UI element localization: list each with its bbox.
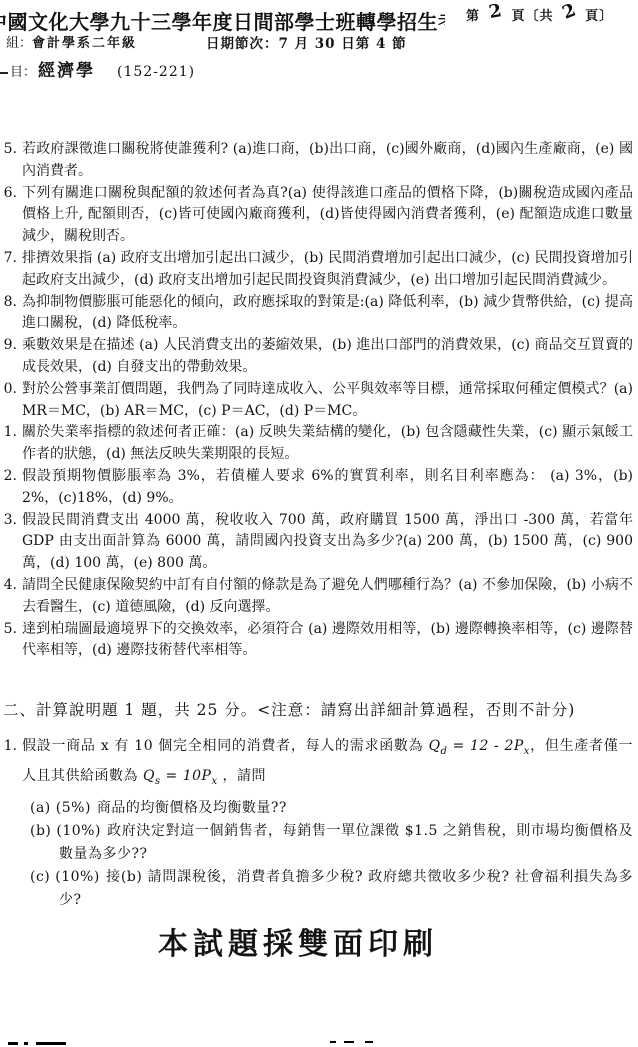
supply-equation: = 10P: [161, 768, 212, 784]
calc-question-intro: 1. 假設一商品 x 有 10 個完全相同的消費者，每人的需求函數為 Qd = …: [3, 734, 633, 794]
part-label: (b): [30, 823, 51, 839]
header-group-row: 組：會計學系二年級 日期節次：7 月 30 日第 4 節: [6, 32, 636, 51]
part-text: 接(b) 請問課稅後，消費者負擔多少稅? 政府總共徵收多少稅? 社會福利損失為多…: [59, 869, 633, 908]
page-label-middle: 頁〔共: [512, 5, 554, 24]
scan-artifact: [330, 1041, 336, 1043]
exam-body: 15. 若政府課徵進口關稅將使誰獲利? (a)進口商，(b)出口商，(c)國外廠…: [3, 139, 633, 963]
intro-text-1: 假設一商品 x 有 10 個完全相同的消費者，每人的需求函數為: [22, 738, 429, 754]
question-text: 乘數效果是在描述 (a) 人民消費支出的萎縮效果，(b) 進出口部門的消費效果，…: [22, 335, 633, 379]
calc-part-c: (c)(10%)接(b) 請問課稅後，消費者負擔多少稅? 政府總共徵收多少稅? …: [3, 866, 633, 912]
part-weight: (10%): [56, 823, 101, 839]
question-text: 對於公營事業訂價問題，我們為了同時達成收入、公平與效率等目標，通常採取何種定價模…: [22, 379, 633, 423]
calc-parts: (a)(5%)商品的均衡價格及均衡數量?? (b)(10%)政府決定對這一個銷售…: [3, 797, 633, 912]
question-text: 為抑制物價膨脹可能惡化的傾向，政府應採取的對策是:(a) 降低利率，(b) 減少…: [22, 292, 633, 336]
clipped-char-fragment: [0, 72, 8, 74]
question-number: 15.: [3, 139, 18, 183]
question-text: 關於失業率指標的敘述何者正確：(a) 反映失業結構的變化，(b) 包含隱藏性失業…: [22, 422, 633, 466]
group-value: 會計學系二年級: [32, 36, 137, 51]
question-number: 19.: [3, 335, 18, 379]
subject-value: 經濟學: [38, 61, 95, 81]
scan-artifact: [24, 1042, 28, 1045]
total-pages-handwritten: 2: [560, 3, 578, 21]
question-text: 達到柏瑞圖最適境界下的交換效率，必須符合 (a) 邊際效用相等，(b) 邊際轉換…: [22, 619, 633, 663]
question-row: 20. 對於公營事業訂價問題，我們為了同時達成收入、公平與效率等目標，通常採取何…: [3, 379, 633, 423]
scan-artifact: [36, 1042, 66, 1045]
exam-title: 中國文化大學九十三學年度日間部學士班轉學招生考試: [0, 6, 445, 34]
supply-var: Q: [143, 768, 155, 784]
question-row: 17. 排擠效果指 (a) 政府支出增加引起出口減少，(b) 民間消費增加引起出…: [3, 248, 633, 292]
question-text: 請問全民健康保險契約中訂有自付額的條款是為了避免人們哪種行為？(a) 不參加保險…: [22, 575, 633, 619]
question-number: 16.: [3, 183, 18, 248]
question-text: 排擠效果指 (a) 政府支出增加引起出口減少，(b) 民間消費增加引起出口減少，…: [22, 248, 633, 292]
question-number: 1.: [3, 734, 18, 794]
header-subject-row: 目：經濟學(152-221): [0, 56, 630, 81]
question-text: 假設民間消費支出 4000 萬，稅收收入 700 萬，政府購買 1500 萬，淨…: [22, 510, 633, 575]
scan-artifact: [8, 1042, 18, 1045]
question-row: 15. 若政府課徵進口關稅將使誰獲利? (a)進口商，(b)出口商，(c)國外廠…: [3, 139, 633, 183]
question-number: 25.: [3, 619, 18, 663]
question-row: 21. 關於失業率指標的敘述何者正確：(a) 反映失業結構的變化，(b) 包含隱…: [3, 422, 633, 466]
question-row: 16. 下列有關進口關稅與配額的敘述何者為真?(a) 使得該進口產品的價格下降，…: [3, 183, 633, 248]
date-session: 日期節次：7 月 30 日第 4 節: [206, 32, 407, 52]
part-text: 商品的均衡價格及均衡數量??: [97, 800, 287, 816]
question-text: 若政府課徵進口關稅將使誰獲利? (a)進口商，(b)出口商，(c)國外廠商，(d…: [22, 139, 633, 183]
scan-artifact: [365, 1041, 373, 1043]
question-row: 25. 達到柏瑞圖最適境界下的交換效率，必須符合 (a) 邊際效用相等，(b) …: [3, 619, 633, 663]
question-number: 21.: [3, 422, 18, 466]
date-label: 日期節次：: [206, 36, 279, 52]
exam-page: 中國文化大學九十三學年度日間部學士班轉學招生考試 第 2 頁〔共 2 頁〕 組：…: [0, 0, 638, 1047]
question-text: 下列有關進口關稅與配額的敘述何者為真?(a) 使得該進口產品的價格下降，(b)關…: [22, 183, 633, 248]
scan-artifact: [344, 1041, 354, 1043]
part-weight: (5%): [56, 800, 91, 816]
calc-part-b: (b)(10%)政府決定對這一個銷售者，每銷售一單位課徵 $1.5 之銷售稅，則…: [3, 820, 633, 866]
question-number: 20.: [3, 379, 18, 423]
subject-label: 目：: [10, 65, 36, 80]
question-row: 22. 假設預期物價膨脹率為 3%，若債權人要求 6%的實質利率，則名目利率應為…: [3, 466, 633, 510]
demand-var: Q: [429, 738, 441, 754]
part-text: 政府決定對這一個銷售者，每銷售一單位課徵 $1.5 之銷售稅，則市場均衡價格及數…: [59, 823, 633, 862]
section2-heading: 二、計算說明題 1 題，共 25 分。<注意：請寫出詳細計算過程，否則不計分): [3, 699, 633, 721]
question-row: 19. 乘數效果是在描述 (a) 人民消費支出的萎縮效果，(b) 進出口部門的消…: [3, 335, 633, 379]
question-text: 假設預期物價膨脹率為 3%，若債權人要求 6%的實質利率，則名目利率應為： (a…: [22, 466, 633, 510]
question-row: 18. 為抑制物價膨脹可能惡化的傾向，政府應採取的對策是:(a) 降低利率，(b…: [3, 292, 633, 336]
date-value: 7 月 30 日第 4 節: [279, 36, 407, 52]
part-label: (a): [30, 800, 51, 816]
page-label-suffix: 頁〕: [585, 5, 613, 24]
question-number: 23.: [3, 510, 18, 575]
question-number: 18.: [3, 292, 18, 336]
double-sided-print-notice: 本試題採雙面印刷: [3, 919, 633, 963]
demand-equation: = 12 - 2P: [447, 738, 523, 754]
page-number-handwritten: 2: [488, 4, 504, 20]
question-number: 22.: [3, 466, 18, 510]
question-row: 24. 請問全民健康保險契約中訂有自付額的條款是為了避免人們哪種行為？(a) 不…: [3, 575, 633, 619]
question-row: 23. 假設民間消費支出 4000 萬，稅收收入 700 萬，政府購買 1500…: [3, 510, 633, 575]
part-weight: (10%): [55, 869, 100, 885]
calc-part-a: (a)(5%)商品的均衡價格及均衡數量??: [3, 797, 633, 820]
subject-code: (152-221): [117, 64, 195, 80]
part-label: (c): [30, 869, 50, 885]
calc-intro-text: 假設一商品 x 有 10 個完全相同的消費者，每人的需求函數為 Qd = 12 …: [22, 734, 633, 794]
page-label-prefix: 第: [466, 5, 480, 24]
question-number: 17.: [3, 248, 18, 292]
page-info: 第 2 頁〔共 2 頁〕: [466, 5, 636, 24]
exam-title-clip: 中國文化大學九十三學年度日間部學士班轉學招生考試: [0, 6, 445, 34]
intro-text-3: ，請問: [218, 768, 266, 784]
question-number: 24.: [3, 575, 18, 619]
group-label: 組：: [6, 36, 32, 51]
